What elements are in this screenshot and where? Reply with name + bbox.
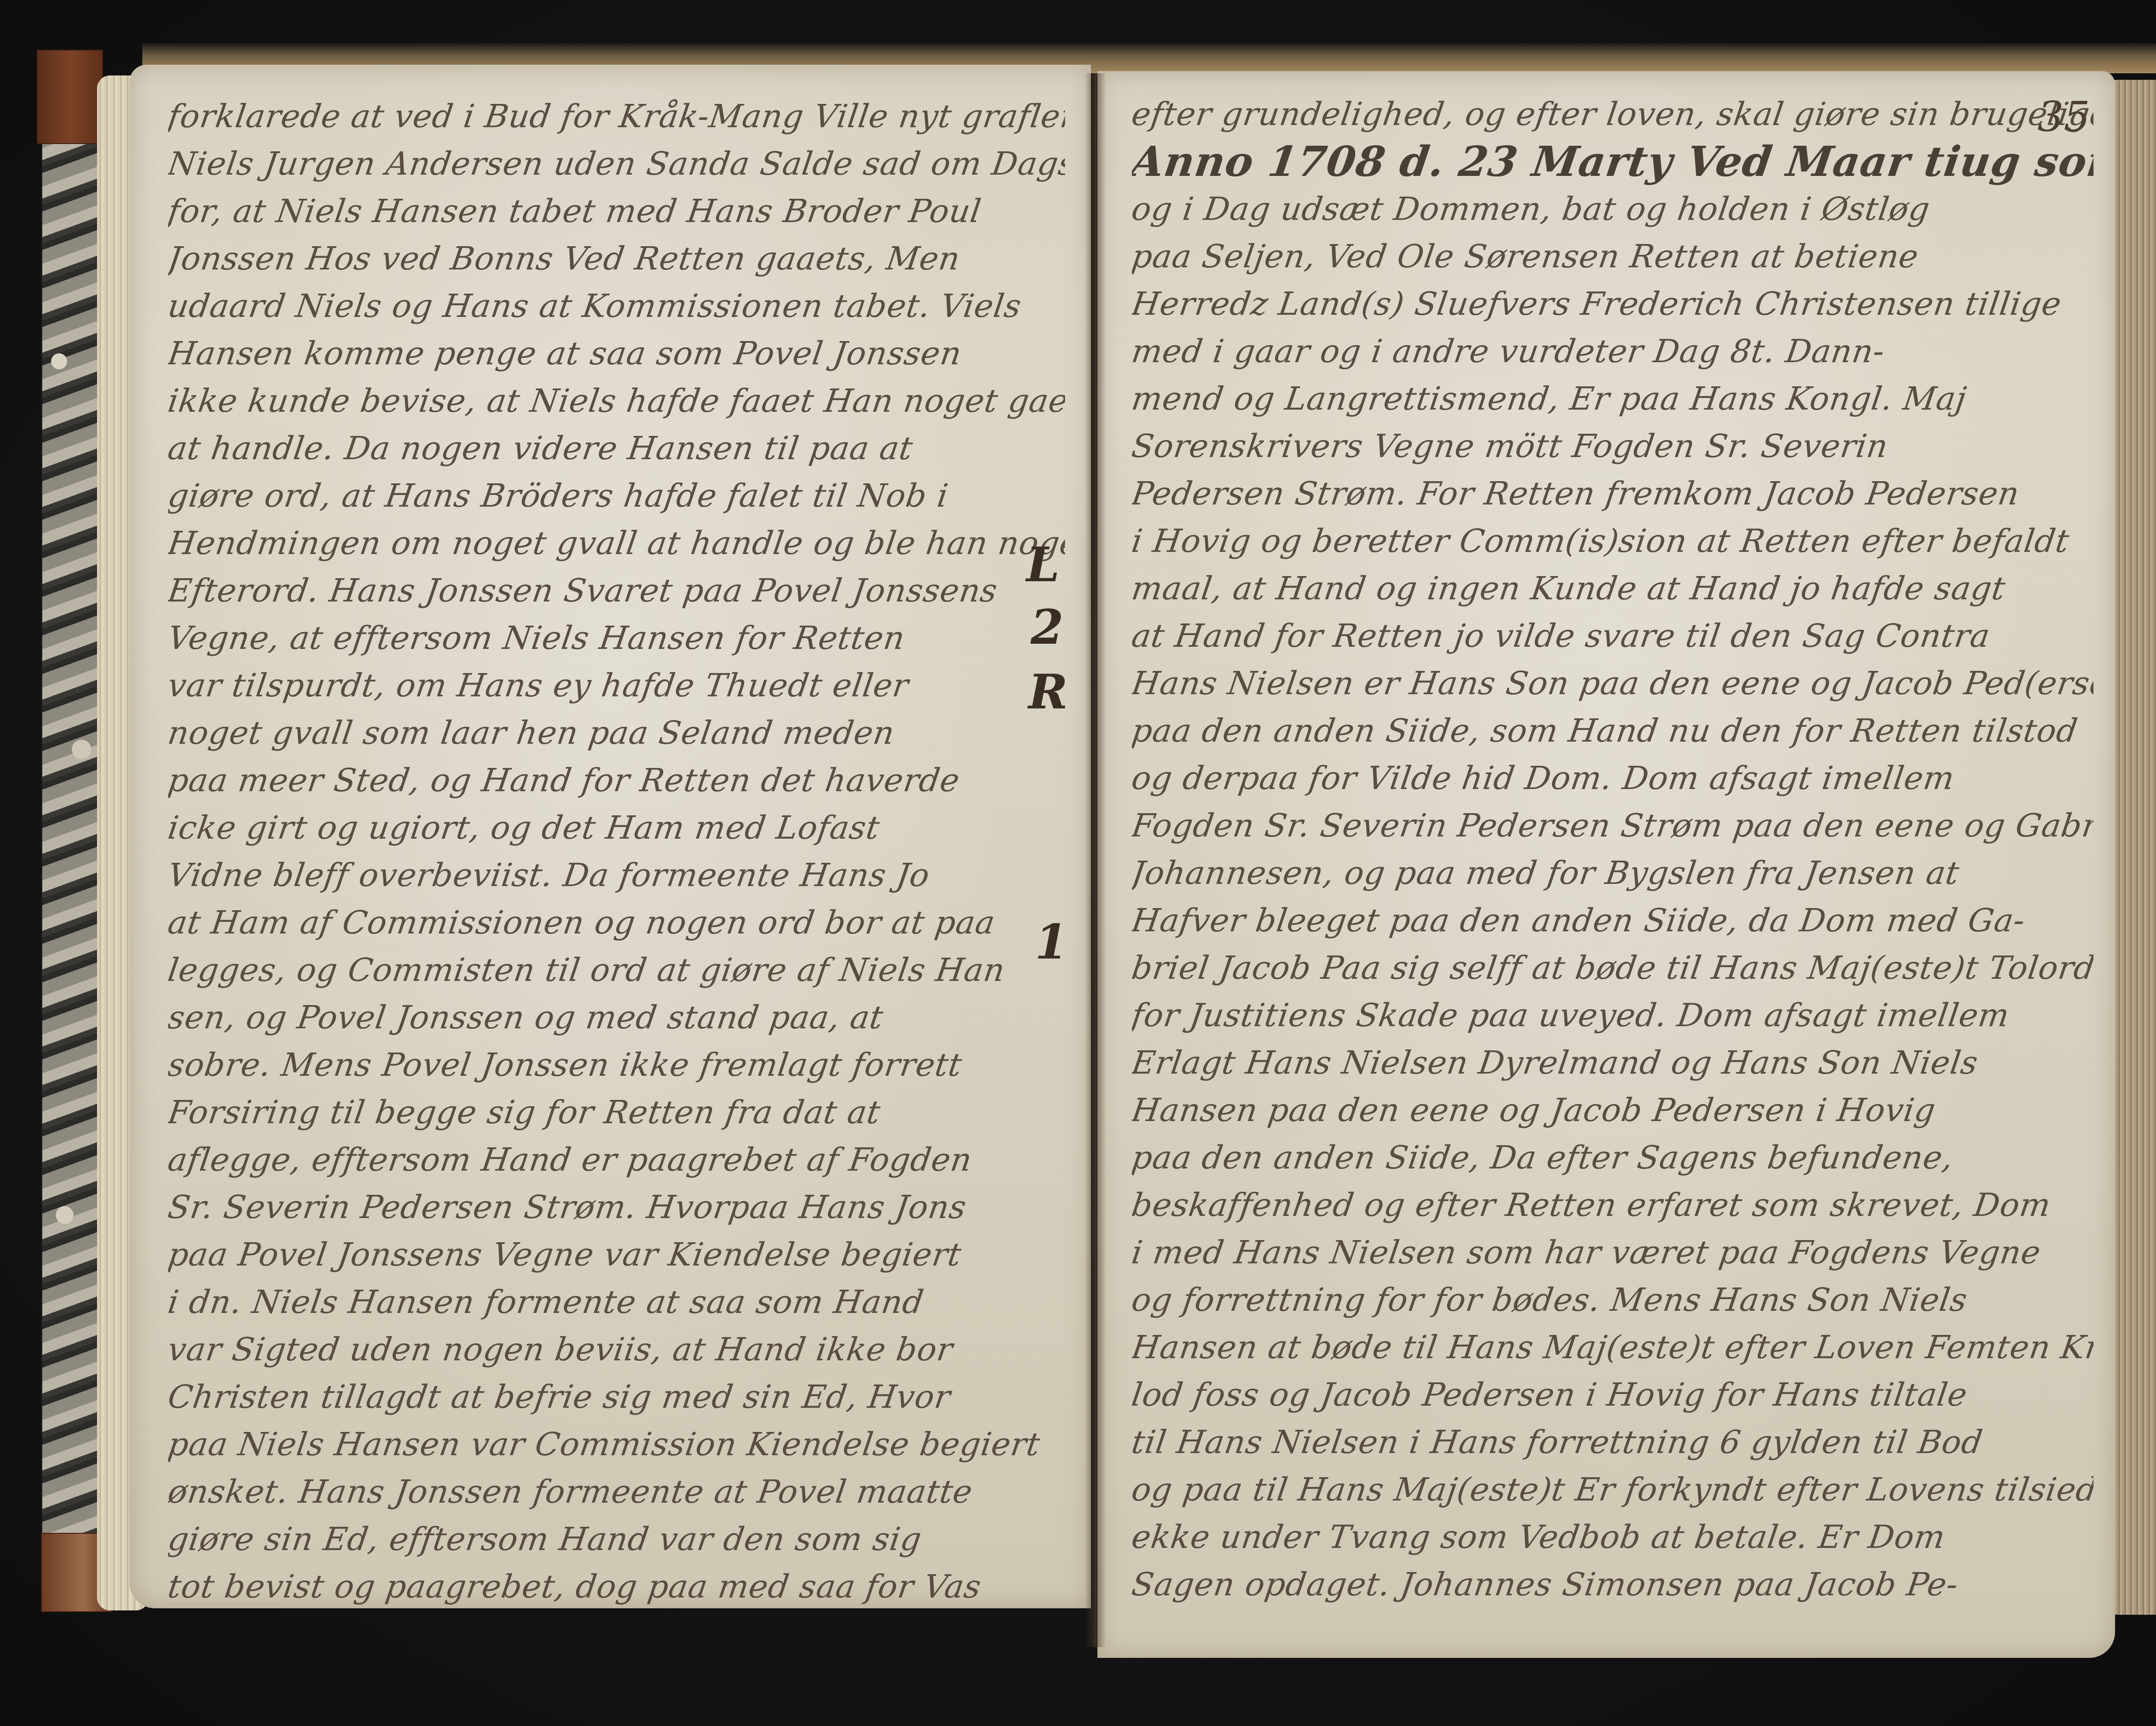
text-line: at Ham af Commissionen og nogen ord bor … xyxy=(168,899,1065,946)
text-line: paa Seljen, Ved Ole Sørensen Retten at b… xyxy=(1132,233,2093,280)
text-line: i med Hans Nielsen som har været paa Fog… xyxy=(1132,1229,2093,1276)
text-line: paa den anden Siide, som Hand nu den for… xyxy=(1132,707,2093,755)
text-line: mend og Langrettismend, Er paa Hans Kong… xyxy=(1132,375,2093,423)
text-line: icke girt og ugiort, og det Ham med Lofa… xyxy=(168,804,1065,852)
text-line: sobre. Mens Povel Jonssen ikke fremlagt … xyxy=(168,1041,1065,1089)
margin-annotation: R xyxy=(1028,664,1068,720)
text-line: Jonssen Hos ved Bonns Ved Retten gaaets,… xyxy=(168,235,1065,282)
left-marbled-cover xyxy=(41,50,100,1604)
margin-annotation: 2 xyxy=(1031,599,1064,655)
left-page-text: forklarede at ved i Bud for Kråk-Mang Vi… xyxy=(168,93,1065,1610)
text-line: Niels Jurgen Andersen uden Sanda Salde s… xyxy=(168,140,1065,188)
text-line: ekke under Tvang som Vedbob at betale. E… xyxy=(1132,1513,2093,1561)
text-line: Vegne, at efftersom Niels Hansen for Ret… xyxy=(168,614,1065,662)
text-line: Vidne bleff overbeviist. Da formeente Ha… xyxy=(168,852,1065,899)
text-line: paa den anden Siide, Da efter Sagens bef… xyxy=(1132,1134,2093,1181)
text-line: legges, og Commisten til ord at giøre af… xyxy=(168,946,1065,994)
text-line: for, at Niels Hansen tabet med Hans Brod… xyxy=(168,188,1065,235)
text-line: noget gvall som laar hen paa Seland mede… xyxy=(168,709,1065,757)
text-line: aflegge, efftersom Hand er paagrebet af … xyxy=(168,1136,1065,1184)
text-line: Erlagt Hans Nielsen Dyrelmand og Hans So… xyxy=(1132,1039,2093,1087)
text-line: Herredz Land(s) Sluefvers Frederich Chri… xyxy=(1132,280,2093,328)
text-line: Fogden Sr. Severin Pedersen Strøm paa de… xyxy=(1132,802,2093,849)
text-line: Hansen paa den eene og Jacob Pedersen i … xyxy=(1132,1087,2093,1134)
text-line: paa meer Sted, og Hand for Retten det ha… xyxy=(168,757,1065,804)
text-line: efter grundelighed, og efter loven, skal… xyxy=(1132,91,2093,138)
text-line: i dn. Niels Hansen formente at saa som H… xyxy=(168,1278,1065,1326)
text-line: Sagen opdaget. Johannes Simonsen paa Jac… xyxy=(1132,1561,2093,1608)
text-line: Johannesen, og paa med for Bygslen fra J… xyxy=(1132,849,2093,897)
section-heading: Anno 1708 d. 23 Marty Ved Maar tiug som … xyxy=(1132,138,2093,185)
text-line: forklarede at ved i Bud for Kråk-Mang Vi… xyxy=(168,93,1065,140)
text-line: med i gaar og i andre vurdeter Dag 8t. D… xyxy=(1132,328,2093,375)
text-line: giøre ord, at Hans Bröders hafde falet t… xyxy=(168,472,1065,520)
text-line: i Hovig og beretter Comm(is)sion at Rett… xyxy=(1132,517,2093,565)
text-line: Sr. Severin Pedersen Strøm. Hvorpaa Hans… xyxy=(168,1184,1065,1231)
right-page-text: efter grundelighed, og efter loven, skal… xyxy=(1132,91,2093,1608)
text-line: Christen tillagdt at befrie sig med sin … xyxy=(168,1373,1065,1421)
text-line: til Hans Nielsen i Hans forrettning 6 gy… xyxy=(1132,1419,2093,1466)
text-line: Sorenskrivers Vegne mött Fogden Sr. Seve… xyxy=(1132,423,2093,470)
text-line: sen, og Povel Jonssen og med stand paa, … xyxy=(168,994,1065,1041)
margin-annotation: 1 xyxy=(1035,914,1068,970)
text-line: og derpaa for Vilde hid Dom. Dom afsagt … xyxy=(1132,755,2093,802)
text-line: giøre sin Ed, efftersom Hand var den som… xyxy=(168,1516,1065,1563)
text-line: og forrettning for for bødes. Mens Hans … xyxy=(1132,1276,2093,1324)
text-line: beskaffenhed og efter Retten erfaret som… xyxy=(1132,1181,2093,1229)
text-line: paa Niels Hansen var Commission Kiendels… xyxy=(168,1421,1065,1468)
leather-corner-top-left xyxy=(37,50,103,144)
text-line: Pedersen Strøm. For Retten fremkom Jacob… xyxy=(1132,470,2093,517)
text-line: at Hand for Retten jo vilde svare til de… xyxy=(1132,612,2093,660)
text-line: og i Dag udsæt Dommen, bat og holden i Ø… xyxy=(1132,185,2093,233)
text-line: maal, at Hand og ingen Kunde at Hand jo … xyxy=(1132,565,2093,612)
text-line: var tilspurdt, om Hans ey hafde Thuedt e… xyxy=(168,662,1065,709)
text-line: for Justitiens Skade paa uveyed. Dom afs… xyxy=(1132,992,2093,1039)
text-line: Hafver bleeget paa den anden Siide, da D… xyxy=(1132,897,2093,944)
book-gutter xyxy=(1084,73,1106,1647)
text-line: lod foss og Jacob Pedersen i Hovig for H… xyxy=(1132,1371,2093,1419)
text-line: Hansen komme penge at saa som Povel Jons… xyxy=(168,330,1065,377)
text-line: ikke kunde bevise, at Niels hafde faaet … xyxy=(168,377,1065,425)
text-line: Hansen at bøde til Hans Maj(este)t efter… xyxy=(1132,1324,2093,1371)
margin-annotation: L xyxy=(1026,537,1059,592)
text-line: tot bevist og paagrebet, dog paa med saa… xyxy=(168,1563,1065,1610)
text-line: var Sigted uden nogen beviis, at Hand ik… xyxy=(168,1326,1065,1373)
text-line: at handle. Da nogen videre Hansen til pa… xyxy=(168,425,1065,472)
text-line: Hans Nielsen er Hans Son paa den eene og… xyxy=(1132,660,2093,707)
text-line: udaard Niels og Hans at Kommissionen tab… xyxy=(168,282,1065,330)
text-line: ønsket. Hans Jonssen formeente at Povel … xyxy=(168,1468,1065,1516)
text-line: Efterord. Hans Jonssen Svaret paa Povel … xyxy=(168,567,1065,614)
text-line: Forsiring til begge sig for Retten fra d… xyxy=(168,1089,1065,1136)
text-line: briel Jacob Paa sig selff at bøde til Ha… xyxy=(1132,944,2093,992)
text-line: Hendmingen om noget gvall at handle og b… xyxy=(168,520,1065,567)
text-line: og paa til Hans Maj(este)t Er forkyndt e… xyxy=(1132,1466,2093,1513)
text-line: paa Povel Jonssens Vegne var Kiendelse b… xyxy=(168,1231,1065,1278)
